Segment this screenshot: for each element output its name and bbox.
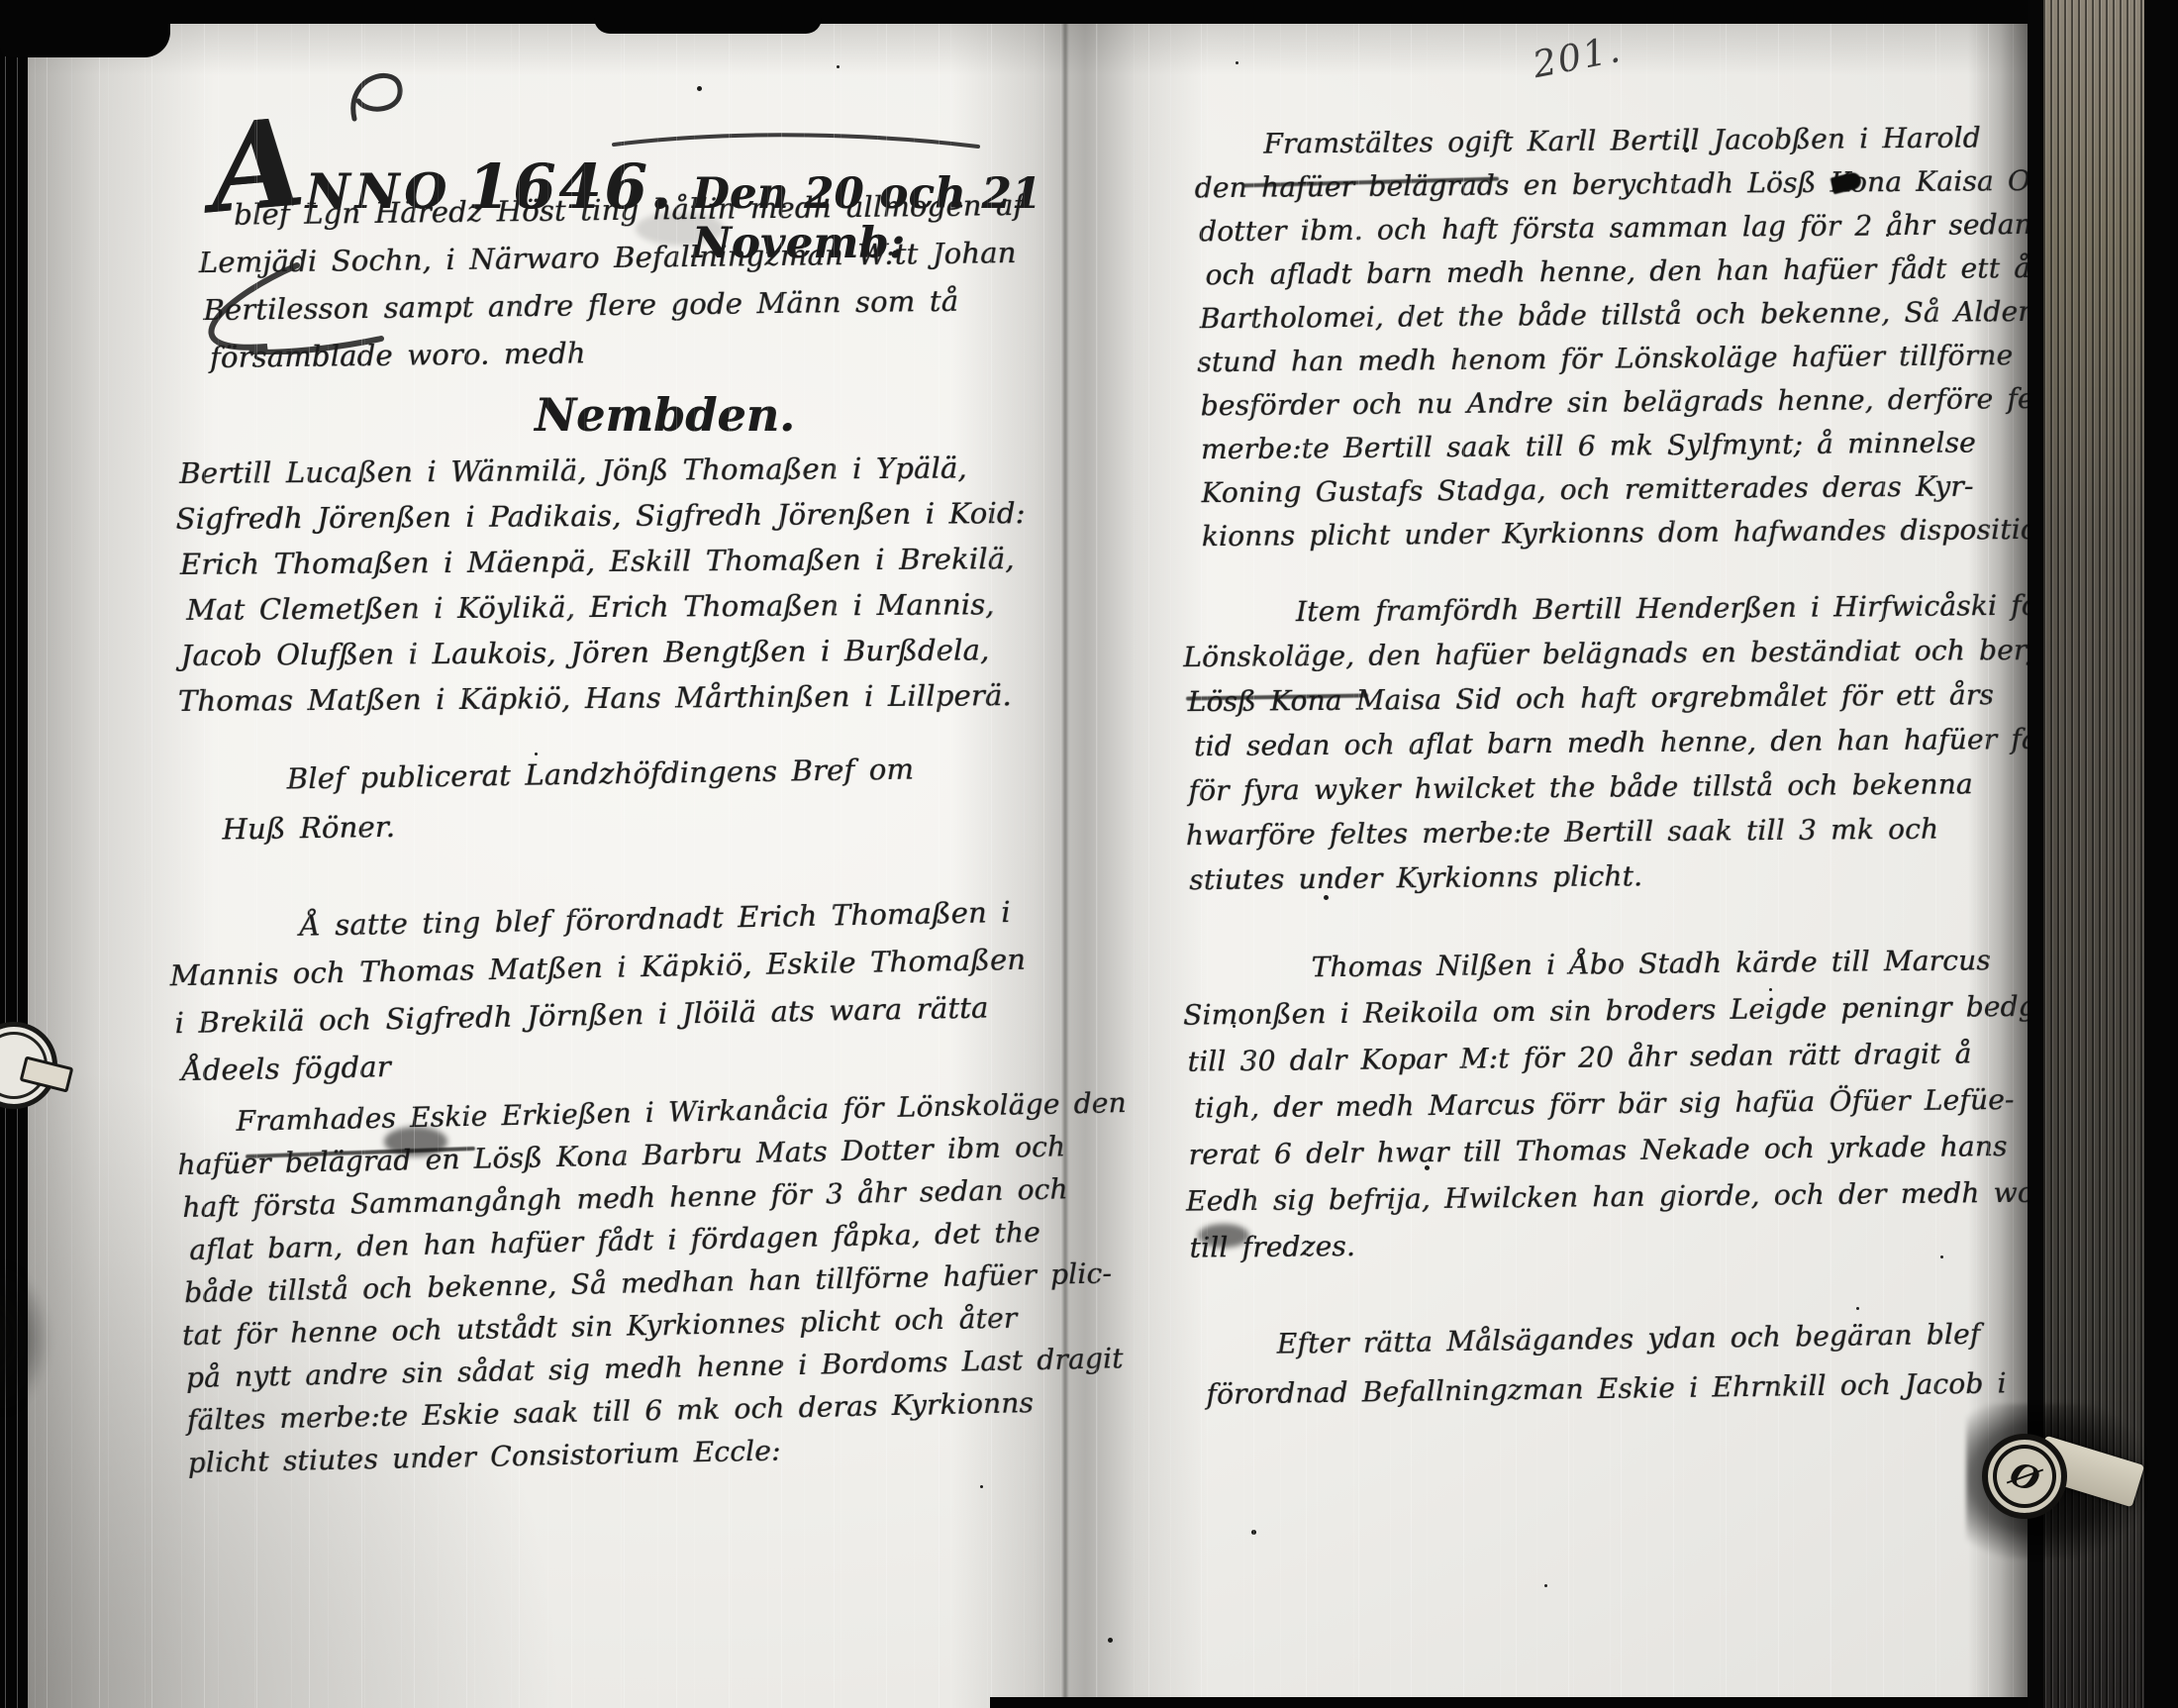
text-line: Jacob Olufßen i Laukois, Jören Bengtßen … [180, 627, 1026, 678]
text-line: Blef publicerat Landzhöfdingens Bref om [286, 745, 914, 804]
text-line: Mat Clemetßen i Köylikä, Erich Thomaßen … [186, 581, 1026, 633]
ink-smudge [636, 212, 725, 246]
scan-top-edge [0, 0, 2178, 24]
text-line: Thomas Nilßen i Åbo Stadh kärde till Mar… [1311, 936, 2064, 990]
appointment-paragraph: Å satte ting blef förordnadt Erich Thoma… [172, 888, 1028, 1094]
manuscript-scan: ANNO 1646. Den 20 och 21 Novemb: blef Lg… [0, 0, 2178, 1708]
scan-left-edge [0, 0, 28, 1708]
text-line: Erich Thomaßen i Mäenpä, Eskill Thomaßen… [180, 536, 1026, 587]
text-line: besförder och nu Andre sin belägrads hen… [1200, 376, 2161, 428]
text-line: Sigfredh Jörenßen i Padikais, Sigfredh J… [175, 490, 1025, 542]
text-line: Eedh sig befrija, Hwilcken han giorde, o… [1186, 1168, 2067, 1224]
publication-paragraph: Blef publicerat Landzhöfdingens Bref omH… [225, 745, 915, 854]
case-paragraph-left: Framhades Eskie Erkießen i Wirkanåcia fö… [180, 1081, 1134, 1484]
text-line: Bertilesson sampt andre flere gode Männ … [203, 276, 1026, 334]
closing-paragraph: Efter rätta Målsägandes ydan och begäran… [1209, 1309, 2007, 1419]
jury-heading: Nembden. [535, 388, 795, 442]
text-line: kionns plicht under Kyrkionns dom hafwan… [1202, 507, 2163, 558]
left-margin-seal [0, 1022, 65, 1121]
ink-smudge [384, 1127, 447, 1156]
text-line: Bertill Lucaßen i Wänmilä, Jönß Thomaßen… [179, 445, 1025, 496]
text-line: stiutes under Kyrkionns plicht. [1189, 850, 2136, 902]
text-line: Thomas Matßen i Käpkiö, Hans Mårthinßen … [178, 672, 1027, 724]
case-paragraph-2: Item framfördh Bertill Henderßen i Hirfw… [1187, 582, 2136, 902]
scan-top-edge-bump [594, 0, 822, 34]
text-line: tid sedan och aflat barn medh henne, den… [1194, 716, 2135, 768]
binding-clasp-seal: Ø [1966, 1404, 2144, 1558]
intro-paragraph: blef Lgn Häredz Höst ting hållin medh al… [202, 181, 1027, 381]
text-line: Framstältes ogift Karll Bertill Jacobßen… [1263, 115, 2159, 166]
seal-monogram: Ø [2005, 1454, 2044, 1499]
case-paragraph-3: Thomas Nilßen i Åbo Stadh kärde till Mar… [1186, 936, 2067, 1270]
scan-bottom-edge [990, 1697, 2178, 1708]
scan-top-left-corner [0, 0, 170, 57]
text-line: församblade woro. medh [210, 324, 1027, 381]
jury-list: Bertill Lucaßen i Wänmilä, Jönß Thomaßen… [179, 445, 1027, 724]
text-line: Item framfördh Bertill Henderßen i Hirfw… [1296, 582, 2134, 634]
text-line: till fredzes. [1189, 1215, 2067, 1270]
ink-smudge [1198, 1224, 1249, 1248]
wax-seal-icon: Ø [1982, 1434, 2067, 1519]
